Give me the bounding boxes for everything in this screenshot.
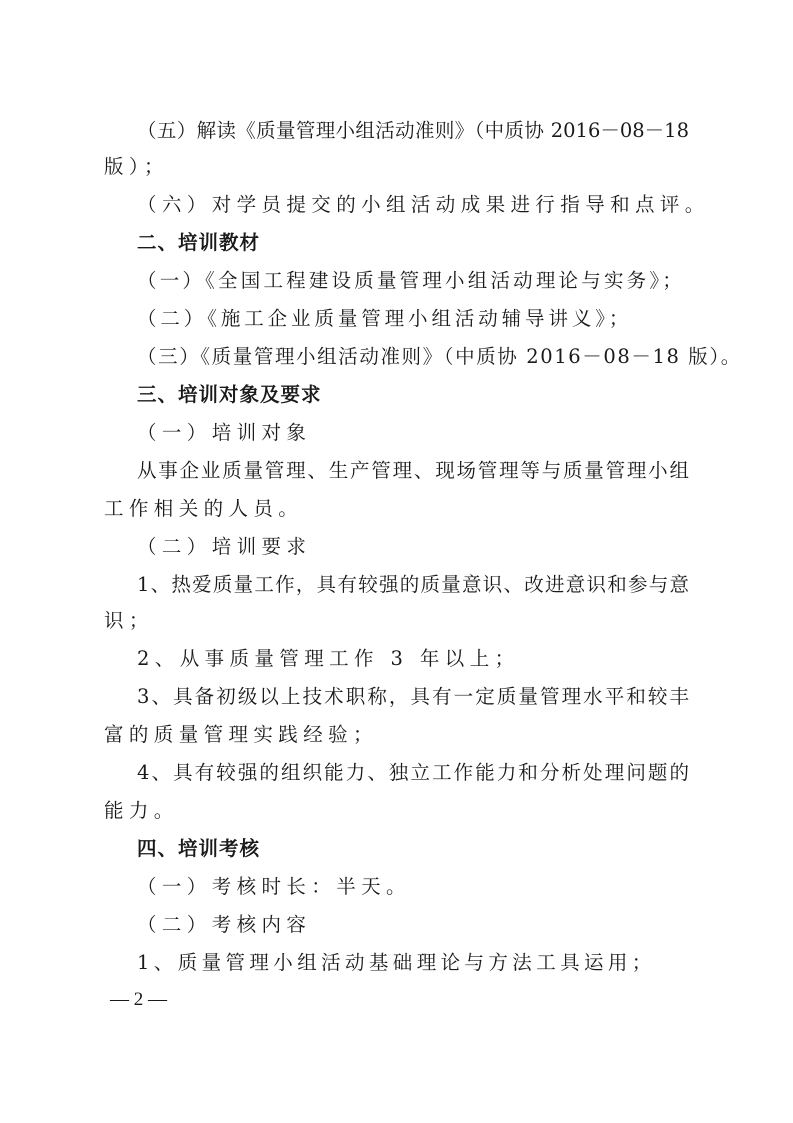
text-line: （二）考核内容: [137, 913, 689, 937]
text-line: （一）考核时长：半天。: [137, 875, 689, 899]
text-line: 版）；: [104, 155, 689, 179]
document-page: （五）解读《质量管理小组活动准则》（中质协 2016－08－18 版）； （六）…: [0, 0, 793, 1123]
text-line: 能力。: [104, 799, 689, 823]
text-line: 识；: [104, 609, 689, 633]
text-line: （六）对学员提交的小组活动成果进行指导和点评。: [137, 193, 689, 217]
text-line: 从事企业质量管理、生产管理、现场管理等与质量管理小组: [137, 459, 689, 483]
text-line: 4、具有较强的组织能力、独立工作能力和分析处理问题的: [137, 761, 689, 785]
text-line: （二）《施工企业质量管理小组活动辅导讲义》；: [137, 307, 689, 331]
text-line: 2、从事质量管理工作 3 年以上；: [137, 647, 689, 671]
text-line: 1、热爱质量工作，具有较强的质量意识、改进意识和参与意: [137, 573, 689, 597]
text-line: 1、质量管理小组活动基础理论与方法工具运用；: [137, 951, 689, 975]
section-heading: 四、培训考核: [137, 837, 689, 861]
section-heading: 二、培训教材: [137, 231, 689, 255]
text-line: 富的质量管理实践经验；: [104, 723, 689, 747]
section-heading: 三、培训对象及要求: [137, 383, 689, 407]
text-line: 工作相关的人员。: [104, 497, 689, 521]
text-line: （一）培训对象: [137, 421, 689, 445]
page-number: — 2 —: [110, 988, 167, 1012]
text-line: （三）《质量管理小组活动准则》（中质协 2016－08－18 版）。: [137, 345, 689, 369]
text-line: （一）《全国工程建设质量管理小组活动理论与实务》；: [137, 269, 689, 293]
text-line: （五）解读《质量管理小组活动准则》（中质协 2016－08－18: [137, 119, 689, 143]
text-line: 3、具备初级以上技术职称，具有一定质量管理水平和较丰: [137, 685, 689, 709]
text-line: （二）培训要求: [137, 535, 689, 559]
